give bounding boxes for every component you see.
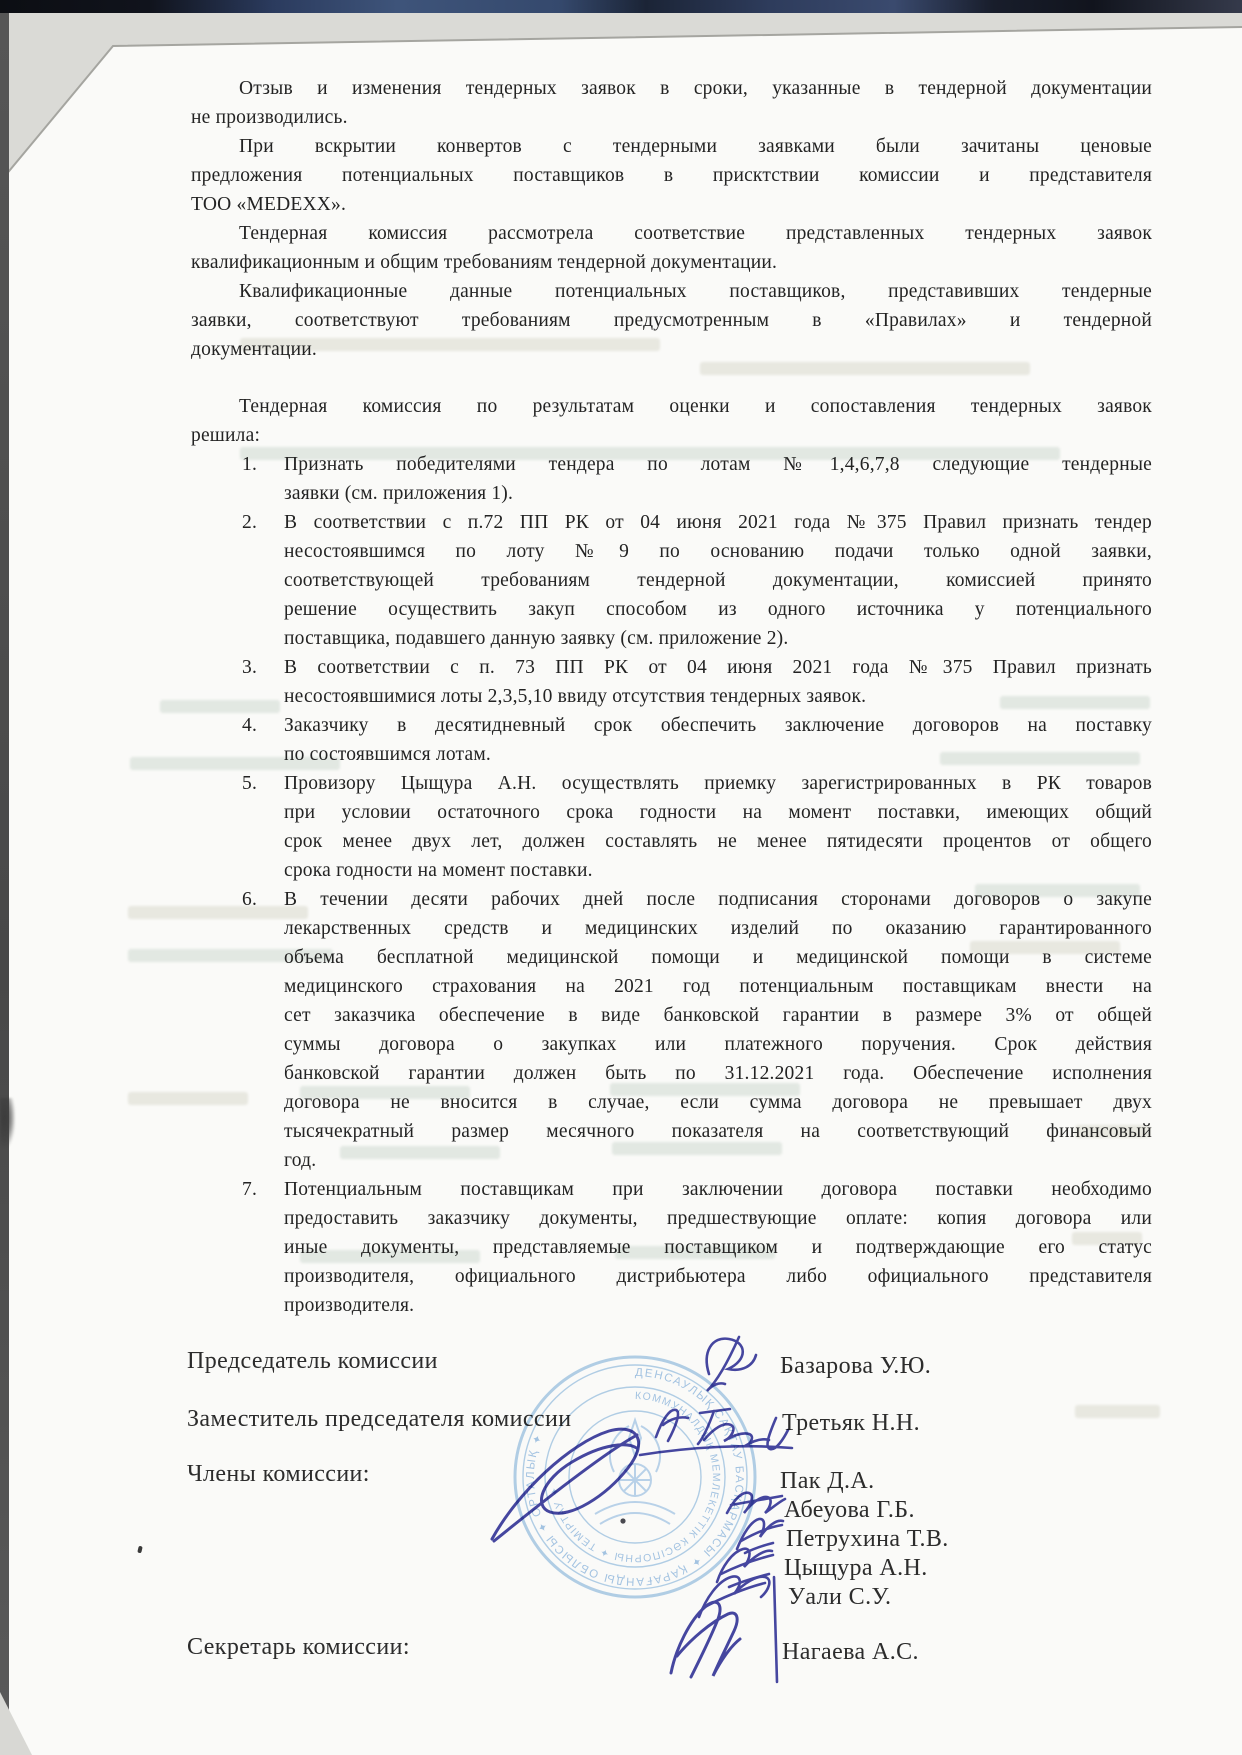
signature-pak-large-scrawl [492, 1429, 639, 1541]
decision-text-2: В соответствии с п.72 ПП РК от 04 июня 2… [284, 508, 1152, 653]
ink-speck [137, 1546, 143, 1554]
decision-text-6: В течении десяти рабочих дней после подп… [284, 885, 1152, 1175]
scan-smudge [0, 1098, 15, 1148]
decision-number-2: 2. [242, 508, 257, 537]
decision-item-2: 2. В соответствии с п.72 ПП РК от 04 июн… [191, 508, 1152, 653]
role-members: Члены комиссии: [187, 1461, 370, 1487]
decision-item-7: 7. Потенциальным поставщикам при заключе… [191, 1175, 1152, 1320]
decision-text-3: В соответствии с п. 73 ПП РК от 04 июня … [284, 653, 1152, 711]
resolution-intro: Тендерная комиссия по результатам оценки… [191, 392, 1152, 450]
decision-number-6: 6. [242, 885, 257, 914]
decision-item-5: 5. Провизору Цыщура А.Н. осуществлять пр… [191, 769, 1152, 885]
decision-number-7: 7. [242, 1175, 257, 1204]
document-body: Отзыв и изменения тендерных заявок в сро… [191, 74, 1152, 1320]
signature-bazarova [707, 1337, 756, 1391]
signature-nagaeva [671, 1602, 740, 1677]
scanned-document-page: Отзыв и изменения тендерных заявок в сро… [0, 0, 1242, 1755]
signature-abeuova [727, 1493, 785, 1513]
decision-item-3: 3. В соответствии с п. 73 ПП РК от 04 ию… [191, 653, 1152, 711]
decision-number-4: 4. [242, 711, 257, 740]
role-chairman: Председатель комиссии [187, 1348, 438, 1374]
decision-number-3: 3. [242, 653, 257, 682]
decision-item-4: 4. Заказчику в десятидневный срок обеспе… [191, 711, 1152, 769]
paragraph-envelope-opening: При вскрытии конвертов с тендерными заяв… [191, 132, 1152, 219]
scanner-left-strip [0, 13, 9, 1749]
decision-item-1: 1. Признать победителями тендера по лота… [191, 450, 1152, 508]
paragraph-withdrawals: Отзыв и изменения тендерных заявок в сро… [191, 74, 1152, 132]
decision-number-1: 1. [242, 450, 257, 479]
signature-tsyshura [717, 1549, 773, 1587]
paper-corner-bottom-left [0, 1688, 40, 1755]
paragraph-commission-review: Тендерная комиссия рассмотрела соответст… [191, 219, 1152, 277]
decision-text-1: Признать победителями тендера по лотам №… [284, 450, 1152, 508]
decision-text-5: Провизору Цыщура А.Н. осуществлять прием… [284, 769, 1152, 885]
signature-uali [699, 1576, 777, 1682]
role-secretary: Секретарь комиссии: [187, 1634, 410, 1660]
decision-text-4: Заказчику в десятидневный срок обеспечит… [284, 711, 1152, 769]
ink-dot [620, 1518, 625, 1523]
decision-text-7: Потенциальным поставщикам при заключении… [284, 1175, 1152, 1320]
signature-tretyak [640, 1409, 792, 1455]
handwritten-signatures [440, 1320, 1242, 1710]
paragraph-qualification-data: Квалификационные данные потенциальных по… [191, 277, 1152, 364]
decision-number-5: 5. [242, 769, 257, 798]
decision-item-6: 6. В течении десяти рабочих дней после п… [191, 885, 1152, 1175]
decisions-list: 1. Признать победителями тендера по лота… [191, 450, 1152, 1320]
